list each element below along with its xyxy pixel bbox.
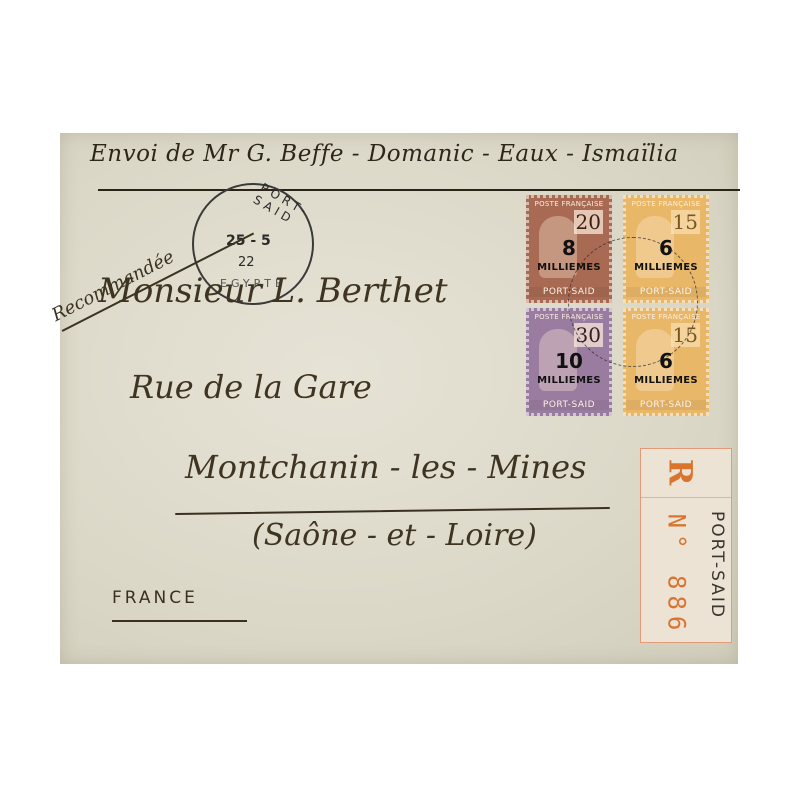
stamp-office: PORT-SAID <box>529 400 609 410</box>
recipient-department: (Saône - et - Loire) <box>252 518 537 553</box>
recipient-name: Monsieur L. Berthet <box>98 271 447 311</box>
stamp-header: POSTE FRANÇAISE <box>529 200 609 208</box>
recipient-town: Montchanin - les - Mines <box>185 448 586 486</box>
registration-label: R N° 886 PORT-SAID <box>640 448 732 643</box>
recipient-country: FRANCE <box>112 588 198 608</box>
stamp-cancellation-mark <box>568 237 698 367</box>
registration-letter: R <box>661 459 699 486</box>
envelope: Envoi de Mr G. Beffe - Domanic - Eaux - … <box>60 133 738 664</box>
postmark-year: 22 <box>238 255 255 270</box>
sender-note: Envoi de Mr G. Beffe - Domanic - Eaux - … <box>90 141 678 167</box>
stamp-overprint-unit: MILLIEMES <box>529 375 609 386</box>
country-underline <box>112 620 247 622</box>
label-divider <box>641 497 731 498</box>
stamp-overprint-unit: MILLIEMES <box>626 375 706 386</box>
sender-underline <box>98 189 740 191</box>
stamp-face-value: 20 <box>574 210 603 234</box>
town-underline <box>175 507 610 515</box>
recipient-street: Rue de la Gare <box>130 368 372 406</box>
registration-number: N° 886 <box>662 514 690 637</box>
stamp-header: POSTE FRANÇAISE <box>626 200 706 208</box>
registration-office: PORT-SAID <box>707 511 727 619</box>
stamp-face-value: 15 <box>671 210 700 234</box>
stamp-office: PORT-SAID <box>626 400 706 410</box>
